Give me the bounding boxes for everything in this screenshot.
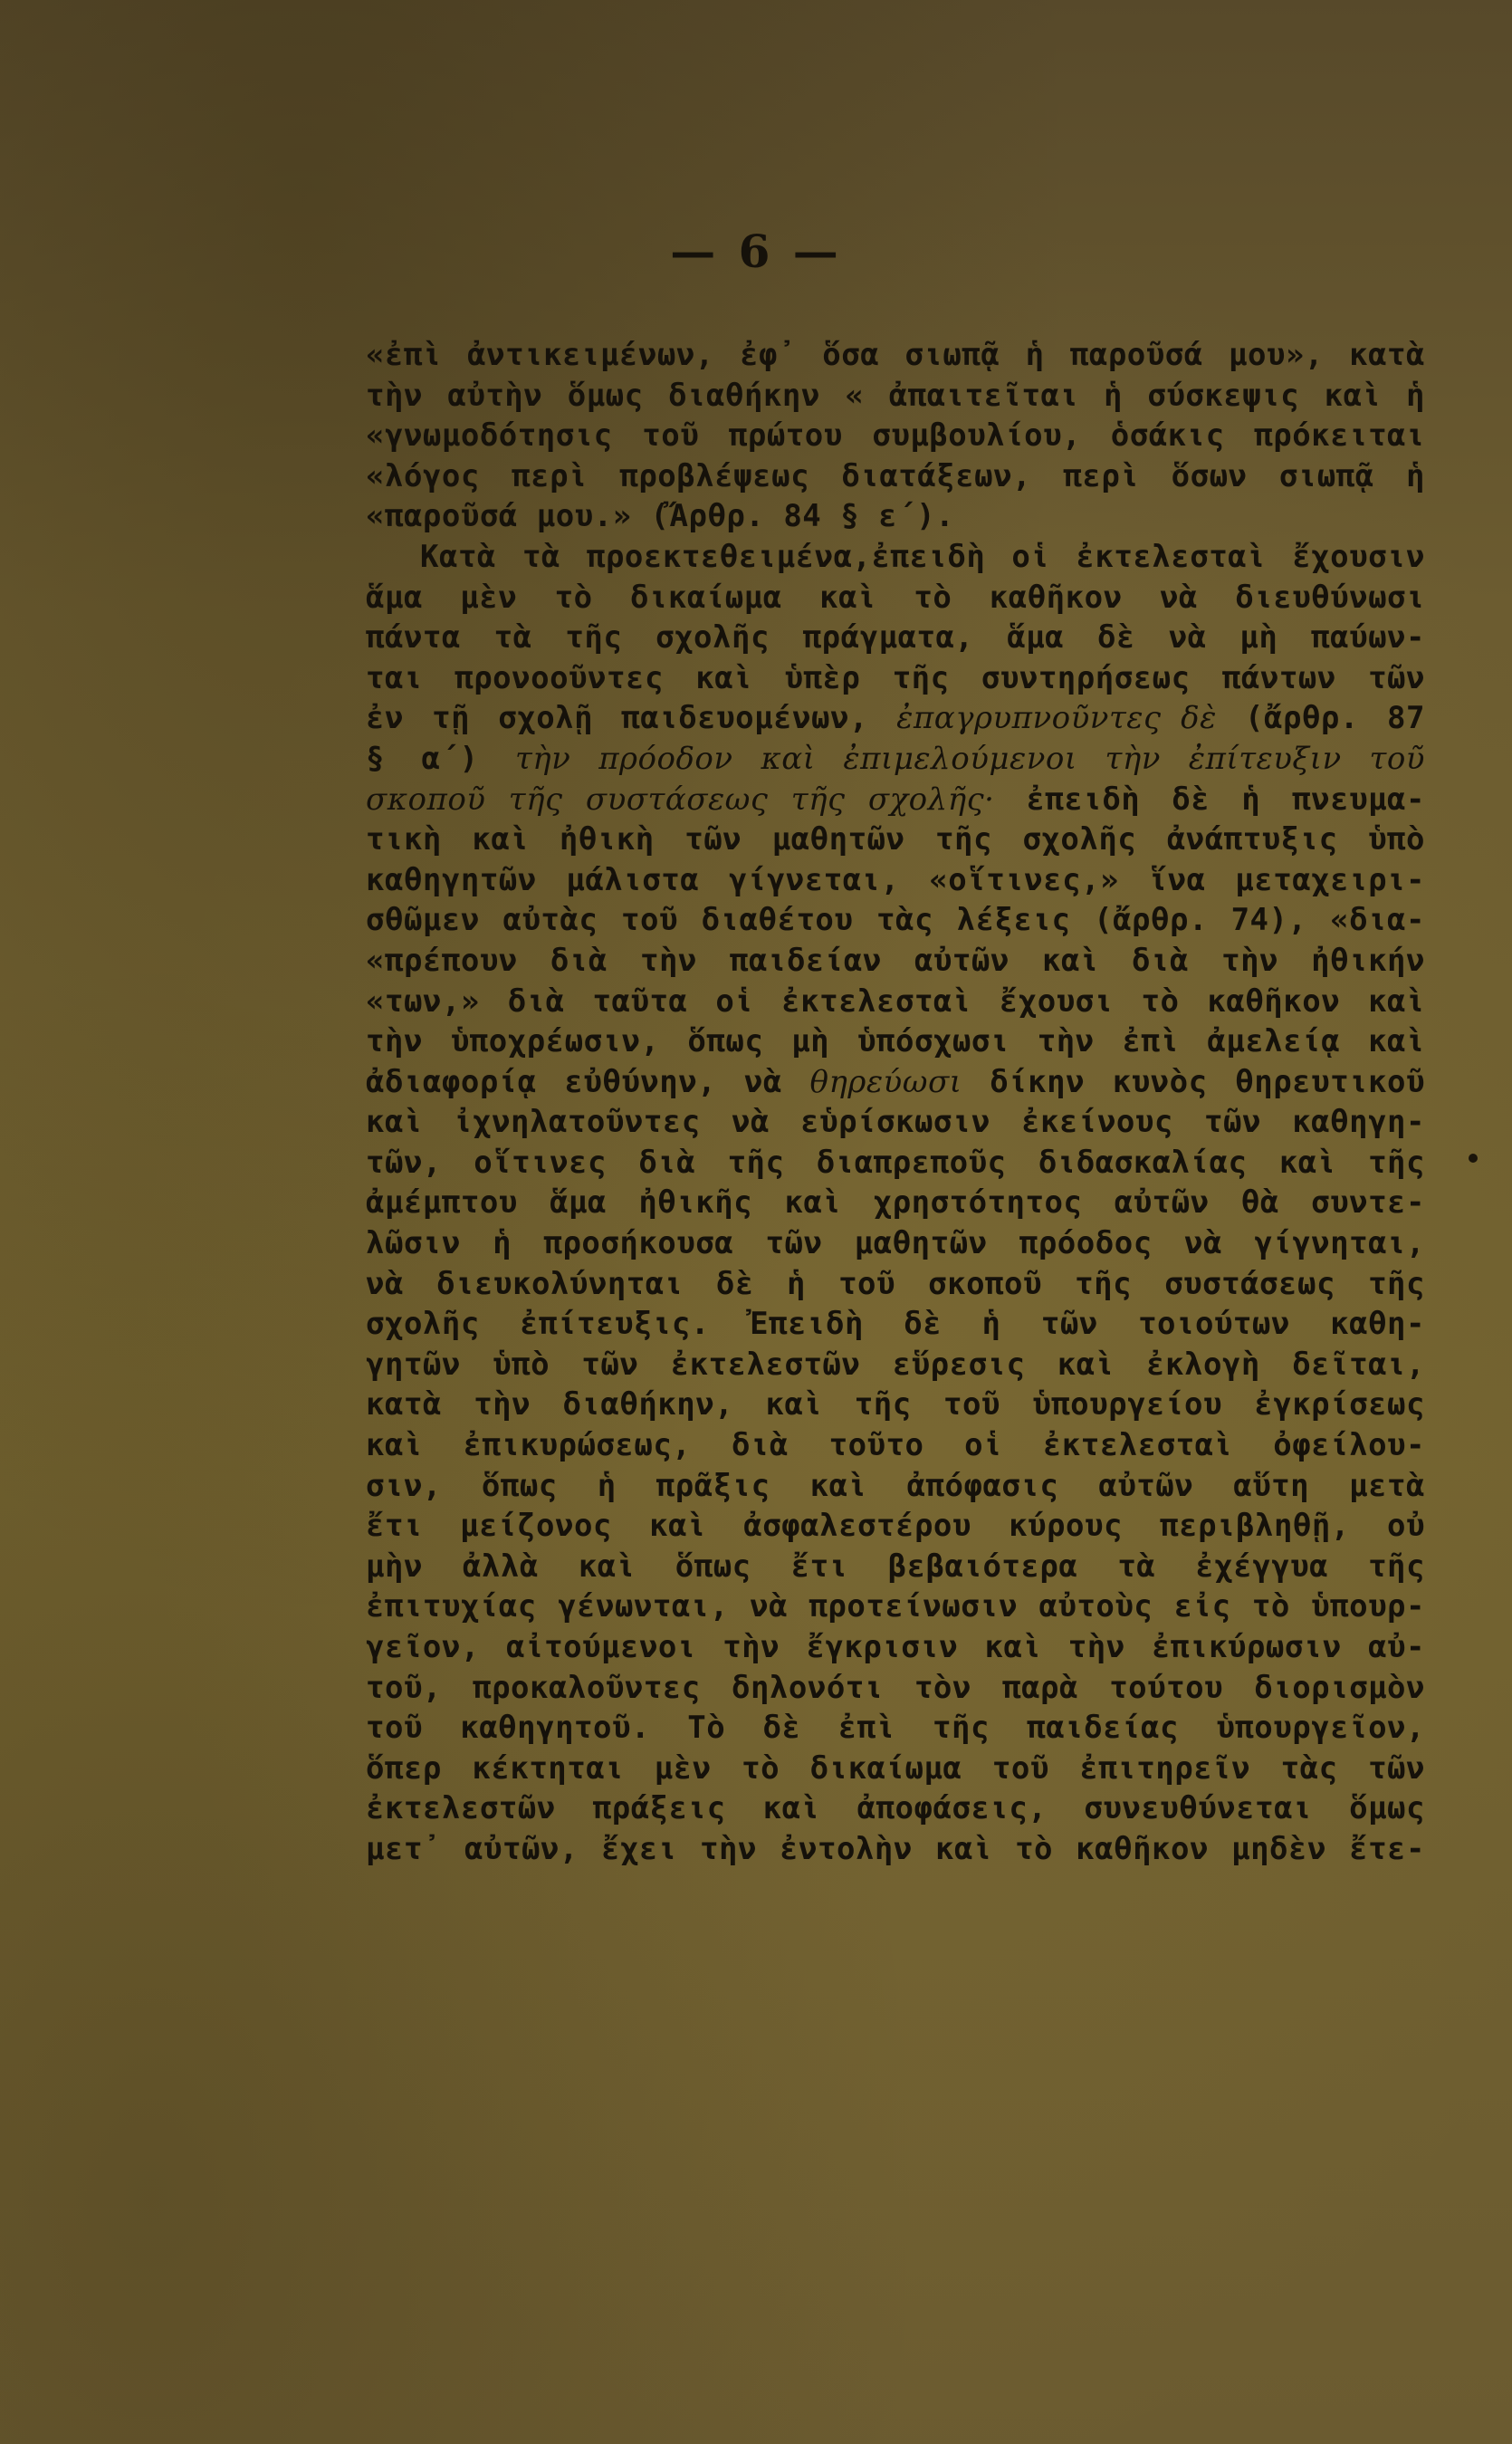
text-line: μετ᾽ αὐτῶν, ἔχει τὴν ἐντολὴν καὶ τὸ καθῆ… xyxy=(366,1829,1425,1870)
text-line: λῶσιν ἡ προσήκουσα τῶν μαθητῶν πρόοδος ν… xyxy=(366,1223,1425,1264)
italic-segment: σκοποῦ τῆς συστάσεως τῆς σχολῆς· xyxy=(366,781,994,818)
text-segment: § α΄) xyxy=(366,741,478,777)
text-line: τῶν, οἵτινες διὰ τῆς διαπρεποῦς διδασκαλ… xyxy=(366,1143,1425,1184)
text-line: ται προνοοῦντες καὶ ὑπὲρ τῆς συντηρήσεως… xyxy=(366,658,1425,699)
italic-segment: ἐπαγρυπνοῦντες δὲ xyxy=(896,700,1217,736)
text-line: τικὴ καὶ ἠθικὴ τῶν μαθητῶν τῆς σχολῆς ἀν… xyxy=(366,819,1425,860)
italic-segment: τὴν πρόοδον καὶ ἐπιμελούμενοι τὴν ἐπίτευ… xyxy=(515,741,1425,777)
text-line: τοῦ, προκαλοῦντες δηλονότι τὸν παρὰ τούτ… xyxy=(366,1668,1425,1709)
text-line: νὰ διευκολύνηται δὲ ἡ τοῦ σκοποῦ τῆς συσ… xyxy=(366,1264,1425,1305)
text-line: γητῶν ὑπὸ τῶν ἐκτελεστῶν εὕρεσις καὶ ἐκλ… xyxy=(366,1345,1425,1385)
text-line: ἐπιτυχίας γένωνται, νὰ προτείνωσιν αὐτοὺ… xyxy=(366,1586,1425,1627)
text-line: σιν, ὅπως ἡ πρᾶξις καὶ ἀπόφασις αὐτῶν αὕ… xyxy=(366,1466,1425,1507)
text-line: τοῦ καθηγητοῦ. Τὸ δὲ ἐπὶ τῆς παιδείας ὑπ… xyxy=(366,1708,1425,1749)
ink-speck xyxy=(1469,1154,1478,1163)
text-line: τὴν ὑποχρέωσιν, ὅπως μὴ ὑπόσχωσι τὴν ἐπὶ… xyxy=(366,1021,1425,1062)
text-line: «των,» διὰ ταῦτα οἱ ἐκτελεσταὶ ἔχουσι τὸ… xyxy=(366,982,1425,1022)
body-text: «ἐπὶ ἀντικειμένων, ἐφ᾽ ὅσα σιωπᾷ ἡ παροῦ… xyxy=(366,335,1425,1870)
text-line: μὴν ἀλλὰ καὶ ὅπως ἔτι βεβαιότερα τὰ ἐχέγ… xyxy=(366,1547,1425,1587)
text-segment: ἐπειδὴ δὲ ἡ πνευμα- xyxy=(1026,781,1425,818)
paragraph-start-line: Κατὰ τὰ προεκτεθειμένα,ἐπειδὴ οἱ ἐκτελεσ… xyxy=(366,537,1425,578)
text-line: «παροῦσά μου.» (Ἄρθρ. 84 § ε΄). xyxy=(366,496,1425,537)
text-line: «λόγος περὶ προβλέψεως διατάξεων, περὶ ὅ… xyxy=(366,456,1425,497)
text-line: ἐκτελεστῶν πράξεις καὶ ἀποφάσεις, συνευθ… xyxy=(366,1788,1425,1829)
text-line-mixed: § α΄) τὴν πρόοδον καὶ ἐπιμελούμενοι τὴν … xyxy=(366,739,1425,780)
text-line: σθῶμεν αὐτὰς τοῦ διαθέτου τὰς λέξεις (ἄρ… xyxy=(366,900,1425,941)
text-line: ἔτι μείζονος καὶ ἀσφαλεστέρου κύρους περ… xyxy=(366,1506,1425,1547)
text-line-mixed: σκοποῦ τῆς συστάσεως τῆς σχολῆς· ἐπειδὴ … xyxy=(366,780,1425,820)
text-segment: (ἄρθρ. 87 xyxy=(1245,700,1425,736)
italic-segment: θηρεύωσι xyxy=(809,1064,962,1100)
text-line: «ἐπὶ ἀντικειμένων, ἐφ᾽ ὅσα σιωπᾷ ἡ παροῦ… xyxy=(366,335,1425,376)
text-line: σχολῆς ἐπίτευξις. Ἐπειδὴ δὲ ἡ τῶν τοιούτ… xyxy=(366,1304,1425,1345)
text-line: τὴν αὐτὴν ὅμως διαθήκην « ἀπαιτεῖται ἡ σ… xyxy=(366,376,1425,417)
text-line: κατὰ τὴν διαθήκην, καὶ τῆς τοῦ ὑπουργείο… xyxy=(366,1385,1425,1425)
text-line: καθηγητῶν μάλιστα γίγνεται, «οἵτινες,» ἵ… xyxy=(366,860,1425,901)
text-segment: δίκην κυνὸς θηρευτικοῦ xyxy=(990,1064,1425,1100)
text-segment: ἀδιαφορίᾳ εὐθύνην, νὰ xyxy=(366,1064,782,1100)
text-segment: ἐν τῇ σχολῇ παιδευομένων, xyxy=(366,700,868,736)
text-line: γεῖον, αἰτούμενοι τὴν ἔγκρισιν καὶ τὴν ἐ… xyxy=(366,1627,1425,1668)
text-line: ἅμα μὲν τὸ δικαίωμα καὶ τὸ καθῆκον νὰ δι… xyxy=(366,578,1425,618)
text-line: καὶ ἐπικυρώσεως, διὰ τοῦτο οἱ ἐκτελεσταὶ… xyxy=(366,1425,1425,1466)
text-line-mixed: ἀδιαφορίᾳ εὐθύνην, νὰ θηρεύωσι δίκην κυν… xyxy=(366,1062,1425,1103)
scanned-page: — 6 — «ἐπὶ ἀντικειμένων, ἐφ᾽ ὅσα σιωπᾷ ἡ… xyxy=(0,0,1512,2444)
text-line: «πρέπουν διὰ τὴν παιδείαν αὐτῶν καὶ διὰ … xyxy=(366,941,1425,982)
text-line: καὶ ἰχνηλατοῦντες νὰ εὑρίσκωσιν ἐκείνους… xyxy=(366,1102,1425,1143)
text-line: ἀμέμπτου ἅμα ἠθικῆς καὶ χρηστότητος αὐτῶ… xyxy=(366,1183,1425,1223)
text-line: πάντα τὰ τῆς σχολῆς πράγματα, ἅμα δὲ νὰ … xyxy=(366,618,1425,658)
text-line-mixed: ἐν τῇ σχολῇ παιδευομένων, ἐπαγρυπνοῦντες… xyxy=(366,698,1425,739)
page-number: — 6 — xyxy=(0,225,1512,278)
text-line: ὅπερ κέκτηται μὲν τὸ δικαίωμα τοῦ ἐπιτηρ… xyxy=(366,1749,1425,1789)
text-line: «γνωμοδότησις τοῦ πρώτου συμβουλίου, ὁσά… xyxy=(366,416,1425,456)
